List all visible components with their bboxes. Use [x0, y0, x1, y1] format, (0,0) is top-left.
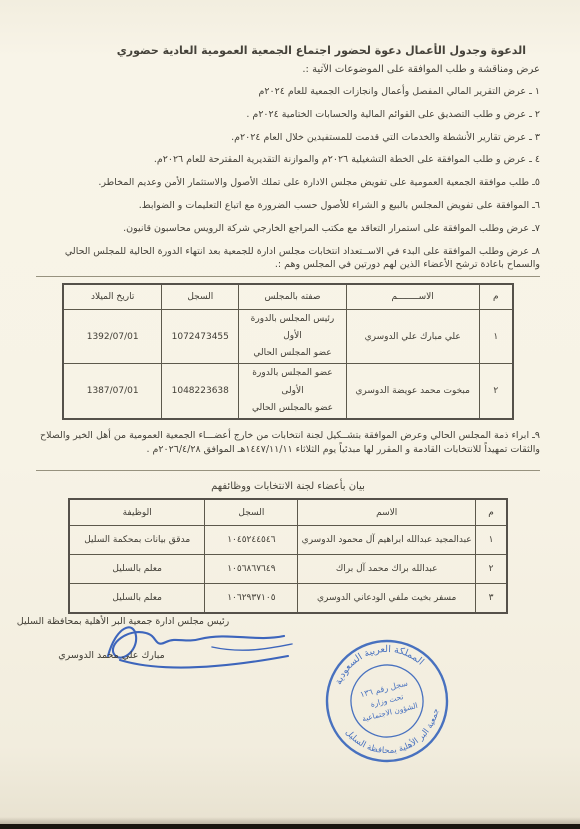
table-row: ١ عبدالمجيد عبدالله ابراهيم آل محمود الد… — [69, 526, 507, 555]
table-row: ٢ عبدالله براك محمد آل براك ١٠٥٦٨٦٧٦٤٩ م… — [69, 555, 507, 584]
page-bottom-shadow — [0, 817, 580, 824]
cell-name: علي مبارك علي الدوسري — [346, 310, 479, 364]
col-header-no: م — [479, 284, 513, 310]
cell-job: مدقق بيانات بمحكمة السليل — [69, 526, 205, 555]
col-header-name: الاسم — [298, 499, 476, 526]
cell-name: عبدالمجيد عبدالله ابراهيم آل محمود الدوس… — [298, 526, 476, 555]
cell-record: 1048223638 — [162, 364, 239, 419]
cell-no: ٢ — [479, 364, 513, 419]
col-header-record: السجل — [205, 499, 298, 526]
header-row: م الاســــــــم صفته بالمجلس السجل تاريخ… — [63, 284, 513, 310]
col-header-name: الاســــــــم — [346, 284, 479, 310]
agenda-item-2: ٢ ـ عرض و طلب التصديق على القوائم المالي… — [36, 108, 540, 121]
cell-no: ١ — [475, 526, 507, 555]
agenda-item-4: ٤ ـ عرض و طلب الموافقة على الخطة التشغيل… — [36, 153, 540, 166]
cell-record: ١٠٤٥٢٤٤٥٤٦ — [205, 526, 298, 555]
cell-name: مبخوت محمد عويضة الدوسري — [346, 364, 479, 419]
col-header-role: صفته بالمجلس — [239, 284, 347, 310]
cell-no: ٣ — [475, 584, 507, 614]
cell-record: ١٠٥٦٨٦٧٦٤٩ — [205, 555, 298, 584]
cell-name: عبدالله براك محمد آل براك — [298, 555, 476, 584]
signatory-name: مبارك علي محمد الدوسري — [34, 650, 189, 661]
table-row: ٢ مبخوت محمد عويضة الدوسري عضو المجلس با… — [63, 364, 513, 419]
cell-role: رئيس المجلس بالدورة الأول عضو المجلس الح… — [239, 310, 347, 364]
col-header-record: السجل — [162, 284, 239, 310]
agenda-item-5: ٥ـ طلب موافقة الجمعية العمومية على تفويض… — [36, 176, 540, 189]
board-members-table: م الاســــــــم صفته بالمجلس السجل تاريخ… — [62, 283, 514, 420]
agenda-item-8: ٨ـ عرض وطلب الموافقة على البدء في الاســ… — [36, 245, 540, 272]
role-line-2: عضو المجلس الحالي — [242, 345, 343, 362]
role-line-1: عضو المجلس بالدورة الأولى — [242, 365, 343, 399]
table-row: ٣ مسفر بخيت ملفي الودعاني الدوسري ١٠٦٢٩٣… — [69, 584, 507, 614]
col-header-birth: تاريخ الميلاد — [63, 284, 162, 310]
col-header-job: الوظيفة — [69, 499, 205, 526]
cell-birth: 1387/07/01 — [63, 364, 162, 419]
handwritten-signature — [92, 614, 297, 680]
document-content: الدعوة وجدول الأعمال دعوة لحضور اجتماع ا… — [0, 0, 580, 829]
agenda-item-3: ٣ ـ عرض تقارير الأنشطة والخدمات التي قدم… — [36, 131, 540, 144]
header-row: م الاسم السجل الوظيفة — [69, 499, 507, 526]
board-members-table-header: م الاســــــــم صفته بالمجلس السجل تاريخ… — [63, 284, 513, 310]
cell-no: ٢ — [475, 555, 507, 584]
cell-record: ١٠٦٢٩٣٧١٠٥ — [205, 584, 298, 614]
signature-stroke-tail — [212, 644, 292, 650]
cell-role: عضو المجلس بالدورة الأولى عضو بالمجلس ال… — [239, 364, 347, 419]
committee-table-title: بيان بأعضاء لجنة الانتخابات ووظائفهم — [36, 481, 540, 492]
cell-birth: 1392/07/01 — [63, 310, 162, 364]
role-line-2: عضو بالمجلس الحالي — [242, 400, 343, 417]
cell-no: ١ — [479, 310, 513, 364]
agenda-item-9: ٩ـ ابراء ذمة المجلس الحالي وعرض الموافقة… — [36, 429, 540, 458]
role-line-1: رئيس المجلس بالدورة الأول — [242, 311, 343, 345]
table-row: ١ علي مبارك علي الدوسري رئيس المجلس بالد… — [63, 310, 513, 364]
cell-name: مسفر بخيت ملفي الودعاني الدوسري — [298, 584, 476, 614]
page-bottom-edge — [0, 824, 580, 829]
divider-line-1 — [36, 276, 540, 277]
intro-line: عرض ومناقشة و طلب الموافقة على الموضوعات… — [36, 64, 540, 75]
election-committee-table: م الاسم السجل الوظيفة ١ عبدالمجيد عبدالل… — [68, 498, 508, 614]
agenda-item-7: ٧ـ عرض وطلب الموافقة على استمرار التعاقد… — [36, 222, 540, 235]
page-title: الدعوة وجدول الأعمال دعوة لحضور اجتماع ا… — [36, 44, 526, 57]
divider-line-2 — [36, 470, 540, 471]
agenda-item-1: ١ ـ عرض التقرير المالي المفصل وأعمال وان… — [36, 85, 540, 98]
cell-record: 1072473455 — [162, 310, 239, 364]
agenda-item-6: ٦ـ الموافقة على تفويض المجلس بالبيع و ال… — [36, 199, 540, 212]
cell-job: معلم بالسليل — [69, 584, 205, 614]
col-header-no: م — [475, 499, 507, 526]
cell-job: معلم بالسليل — [69, 555, 205, 584]
election-committee-table-header: م الاسم السجل الوظيفة — [69, 499, 507, 526]
